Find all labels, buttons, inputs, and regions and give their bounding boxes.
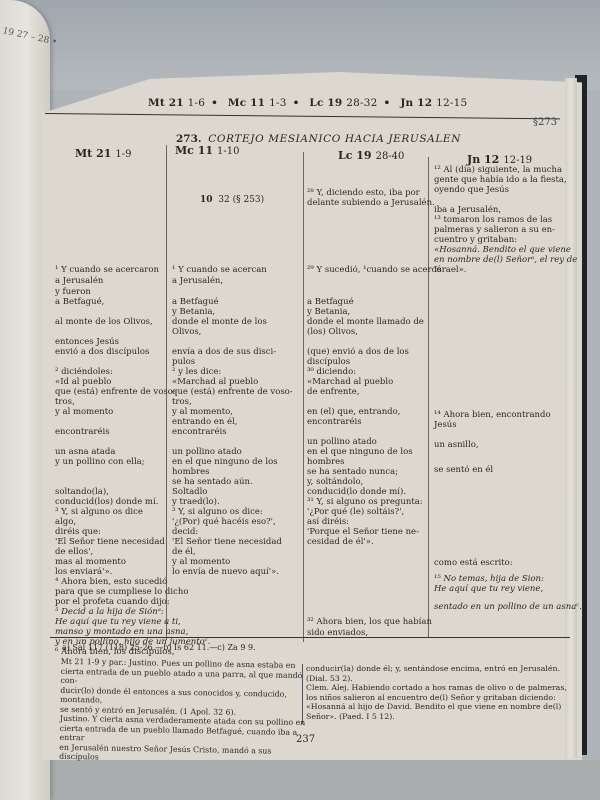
verse-line: ⁴ Ahora bien, esto sucedió <box>55 577 167 588</box>
verse-line: un asna atada <box>55 447 115 458</box>
verse-line: «Id al pueblo <box>55 377 111 388</box>
verse-line: y, soltándolo, <box>307 477 363 488</box>
verse-line: soltando(la), <box>55 487 109 498</box>
verse-line: manso y montado en una asna, <box>55 627 188 638</box>
verse-line: en nombre de(l) Señorᵃ, el rey de <box>434 255 577 266</box>
verse-line: un pollino atado <box>307 437 377 448</box>
verse-line: pulos <box>172 357 195 368</box>
verse-line: ²⁹ Y sucedió, ¹cuando se acercó <box>307 265 441 276</box>
verse-line: así diréis: <box>307 517 349 528</box>
verse-line: de él, <box>172 547 196 558</box>
patristic-line: Señor». (Paed. I 5 12). <box>306 712 576 722</box>
verse-line: ¹ Y cuando se acercaron <box>55 265 159 276</box>
verse-line: cesidad de él'». <box>307 537 374 548</box>
running-head-ref-mt: Mt 21 1-6 <box>148 97 205 109</box>
verse-line: a Betfagué, <box>55 297 104 308</box>
verse-line: ¹² Al (día) siguiente, la mucha <box>434 165 562 176</box>
verse-line: decid: <box>172 527 198 538</box>
verse-line: a Jerusalén, <box>172 276 223 287</box>
verse-line: y Betania, <box>172 307 215 318</box>
verse-line: ⁵ Decid a la hija de Siónᵃ: <box>55 607 164 618</box>
verse-line: palmeras y salieron a su en- <box>434 225 555 236</box>
verse-line: un asnillo, <box>434 440 479 451</box>
verse-line: ³ Y, si alguno os dice <box>55 507 143 518</box>
patristic-notes-right: conducir(la) donde él; y, sentándose enc… <box>306 664 576 721</box>
verse-line: (los) Olivos, <box>307 327 358 338</box>
mc-cross-reference: 10 32 (§ 253) <box>200 195 264 206</box>
verse-line: «Marchad al pueblo <box>172 377 258 388</box>
column-header-lc: Lc 1928-40 <box>338 149 404 162</box>
verse-line: y al momento, <box>172 407 233 418</box>
patristic-notes-left: Mt 21 1-9 y par.: Justino. Pues un polli… <box>59 657 311 766</box>
verse-line: '¿Por qué (le) soltáis?', <box>307 507 404 518</box>
verse-line: encontraréis <box>307 417 362 428</box>
verse-line: 'El Señor tiene necesidad <box>172 537 282 548</box>
verse-line: lo envía de nuevo aquí'». <box>172 567 279 578</box>
verse-line: que (está) enfrente de voso- <box>172 387 293 398</box>
verse-line: mas al momento <box>55 557 126 568</box>
verse-line: discípulos <box>307 357 350 368</box>
verse-line: y al momento <box>55 407 113 418</box>
section-mark: §273 <box>533 117 557 128</box>
verse-line: y al momento <box>172 557 230 568</box>
verse-line: y Betania, <box>307 307 350 318</box>
verse-line: ¹³ tomaron los ramos de las <box>434 215 552 226</box>
verse-line: He aquí que tu rey viene, <box>434 584 543 595</box>
running-head-ref-jn: Jn 12 12-15 <box>400 97 467 109</box>
footnote-rule <box>50 637 570 638</box>
background-surface <box>0 760 600 800</box>
verse-line: donde el monte llamado de <box>307 317 424 328</box>
verse-line: Olivos, <box>172 327 201 338</box>
verse-line: iba a Jerusalén, <box>434 205 501 216</box>
verse-line: 'Porque el Señor tiene ne- <box>307 527 419 538</box>
verse-line: '¿(Por) qué hacéis eso?', <box>172 517 276 528</box>
running-head-ref-lc: Lc 19 28-32 <box>309 97 377 109</box>
verse-line: gente que había ido a la fiesta, <box>434 175 567 186</box>
verse-line: tros, <box>55 397 75 408</box>
verse-line: conducid(los) donde mí. <box>55 497 158 508</box>
verse-line: ²⁸ Y, diciendo esto, iba por <box>307 188 420 199</box>
verse-line: ¹ Y cuando se acercan <box>172 265 267 276</box>
column-header-mt: Mt 211-9 <box>75 147 132 160</box>
verse-line: ³² Ahora bien, los que habían <box>307 617 432 628</box>
verse-line: ² y les dice: <box>172 367 221 378</box>
verse-line: 'El Señor tiene necesidad <box>55 537 165 548</box>
verse-line: cuentro y gritaban: <box>434 235 517 246</box>
column-divider <box>428 157 429 637</box>
verse-line: ³¹ Y, si alguno os pregunta: <box>307 497 423 508</box>
verse-line: donde el monte de los <box>172 317 267 328</box>
verse-line: He aquí que tu rey viene a ti, <box>55 617 181 628</box>
verse-line: sentado en un pollino de un asnaᶜ. <box>434 602 582 613</box>
verse-line: al monte de los Olivos, <box>55 317 153 328</box>
verse-line: hombres <box>172 467 210 478</box>
verse-line: un pollino atado <box>172 447 242 458</box>
patristic-line: conducir(la) donde él; y, sentándose enc… <box>306 664 576 674</box>
verse-line: envió a dos discípulos <box>55 347 149 358</box>
patristic-line: (Dial. 53 2). <box>306 674 576 684</box>
verse-line: ² diciéndoles: <box>55 367 113 378</box>
verse-line: «Marchad al pueblo <box>307 377 393 388</box>
verse-line: ³⁰ diciendo: <box>307 367 356 378</box>
verse-line: Soltadlo <box>172 487 207 498</box>
verse-line: encontraréis <box>55 427 110 438</box>
column-divider <box>303 152 304 642</box>
verse-line: hombres <box>307 457 345 468</box>
patristic-line: Clem. Alej. Habiendo cortado a hos ramas… <box>306 683 576 693</box>
verse-line: entrando en él, <box>172 417 237 428</box>
column-header-mc: Mc 111-10 <box>175 144 239 157</box>
page-number: 237 <box>296 734 315 745</box>
verse-line: oyendo que Jesús <box>434 185 509 196</box>
verse-line: conducid(lo donde mí). <box>307 487 406 498</box>
running-head-ref-mc: Mc 11 1-3 <box>228 97 287 109</box>
running-head: Mt 21 1-6• Mc 11 1-3• Lc 19 28-32• Jn 12… <box>148 97 568 109</box>
verse-line: por el profeta cuando dijo: <box>55 597 170 608</box>
verse-line: se sentó en él <box>434 465 493 476</box>
verse-line: ¹⁵ No temas, hija de Sion: <box>434 574 544 585</box>
verse-line: «Hosanná. Bendito el que viene <box>434 245 571 256</box>
verse-line: para que se cumpliese lo dicho <box>55 587 188 598</box>
verse-line: diréis que: <box>55 527 101 538</box>
verse-line: entonces Jesús <box>55 337 119 348</box>
verse-line: algo, <box>55 517 76 528</box>
verse-line: a Betfagué <box>172 297 219 308</box>
verse-line: delante subiendo a Jerusalén. <box>307 198 435 209</box>
verse-line: en el que ninguno de los <box>172 457 278 468</box>
verse-line: envía a dos de sus disci- <box>172 347 276 358</box>
verse-line: de ellos', <box>55 547 93 558</box>
verse-line: tros, <box>172 397 192 408</box>
verse-line: se ha sentado aún. <box>172 477 253 488</box>
verse-line: a Betfagué <box>307 297 354 308</box>
patristic-line: los niños salieron al encuentro de(l) Se… <box>306 693 576 703</box>
verse-line: como está escrito: <box>434 558 513 569</box>
verse-line: de enfrente, <box>307 387 360 398</box>
verse-line: a Jerusalén <box>55 276 103 287</box>
patristic-line: «Hosanná al hijo de David. Bendito el qu… <box>306 702 576 712</box>
verse-line: Israel». <box>434 265 467 276</box>
verse-line: encontraréis <box>172 427 227 438</box>
verse-line: y traed(lo). <box>172 497 220 508</box>
footnotes: a) Sal 117 (118) 25-26.—b) Is 62 11.—c) … <box>62 643 256 652</box>
verse-line: (que) envió a dos de los <box>307 347 409 358</box>
verse-line: ¹⁴ Ahora bien, encontrando <box>434 410 551 421</box>
verse-line: se ha sentado nunca; <box>307 467 398 478</box>
verse-line: y fueron <box>55 287 91 298</box>
verse-line: que (está) enfrente de voso- <box>55 387 176 398</box>
verse-line: y un pollino con ella; <box>55 457 145 468</box>
verse-line: Jesús <box>434 420 457 431</box>
verse-line: en (el) que, entrando, <box>307 407 400 418</box>
verse-line: los enviará'». <box>55 567 112 578</box>
verse-line: ³ Y, si alguno os dice: <box>172 507 263 518</box>
verse-line: en el que ninguno de los <box>307 447 413 458</box>
